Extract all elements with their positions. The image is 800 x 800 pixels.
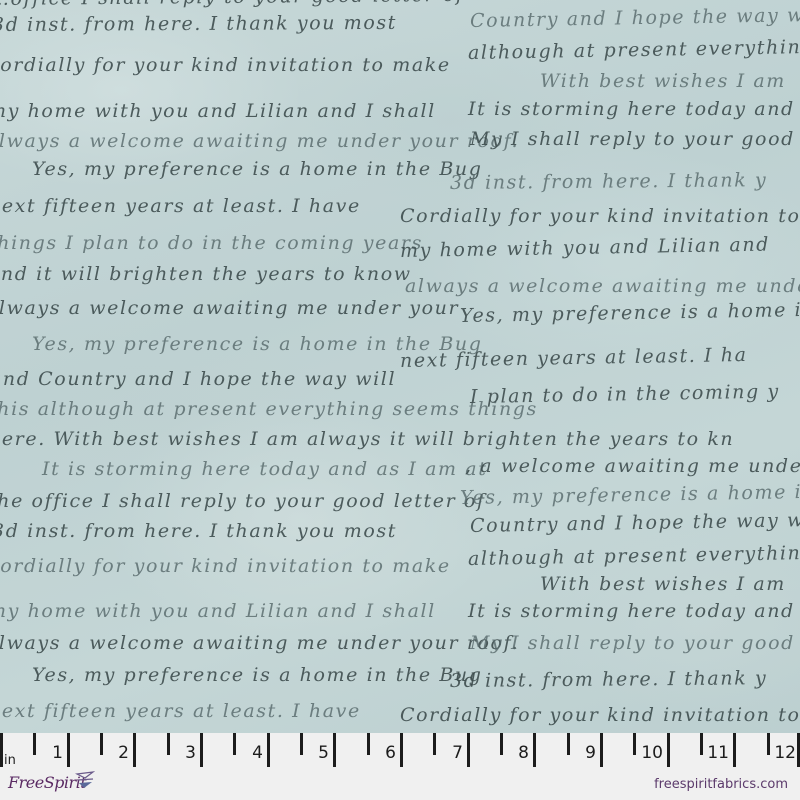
- ruler-number: 3: [168, 743, 196, 763]
- handwritten-line: my home with you and Lilian and I shall: [0, 100, 436, 122]
- handwritten-line: …office I shall reply to your good lette…: [0, 0, 465, 10]
- fabric-swatch-handwritten-letter: …office I shall reply to your good lette…: [0, 0, 800, 733]
- ruler-inch-tick: [200, 733, 203, 767]
- handwritten-line: Country and I hope the way will: [470, 4, 800, 32]
- ruler-inch-tick: [600, 733, 603, 767]
- handwritten-line: 3d inst. from here. I thank y: [450, 169, 767, 194]
- handwritten-line: always a welcome awaiting me under your: [0, 297, 459, 319]
- handwritten-line: 3d inst. from here. I thank y: [450, 667, 767, 692]
- handwritten-line: my home with you and Lilian and I shall: [0, 600, 436, 622]
- ruler-number: 12: [768, 743, 796, 763]
- ruler-inch-tick: [400, 733, 403, 767]
- handwritten-line: My I shall reply to your good: [470, 632, 795, 654]
- handwritten-line: this although at present everything seem…: [0, 398, 538, 420]
- handwritten-line: I plan to do in the coming y: [470, 381, 780, 408]
- ruler-inch-tick: [333, 733, 336, 767]
- handwritten-line: It is storming here today and as: [468, 98, 800, 120]
- ruler-inch-tick: [0, 733, 3, 767]
- handwritten-line: Country and I hope the way w: [470, 509, 800, 537]
- handwritten-line: It is storming here today and as I am at: [42, 458, 487, 480]
- freespirit-logo-mark-icon: [75, 770, 95, 790]
- ruler-number: 9: [568, 743, 596, 763]
- handwritten-line: always a welcome awaiting me under your …: [0, 632, 519, 654]
- ruler-number: 11: [701, 743, 729, 763]
- ruler-number: 4: [235, 743, 263, 763]
- ruler-inch-tick: [733, 733, 736, 767]
- handwritten-line: Yes, my preference is a home in the Bug: [32, 158, 483, 180]
- handwritten-line: Yes, my preference is a home in: [460, 299, 800, 327]
- ruler-number: 6: [368, 743, 396, 763]
- handwritten-line: the office I shall reply to your good le…: [0, 490, 486, 512]
- inch-ruler: in FreeSpirit freespiritfabrics.com 1234…: [0, 733, 800, 800]
- handwritten-line: Cordially for your kind invitation to: [400, 704, 800, 726]
- handwritten-line: next fifteen years at least. I have: [0, 195, 361, 217]
- handwritten-line: My I shall reply to your good: [470, 128, 795, 150]
- ruler-number: 2: [101, 743, 129, 763]
- handwritten-line: , a welcome awaiting me under: [465, 455, 800, 477]
- handwritten-line: although at present everything seems: [468, 35, 800, 64]
- handwritten-line: always a welcome awaiting me under: [405, 275, 800, 297]
- handwritten-line: With best wishes I am: [540, 573, 786, 595]
- handwritten-line: next fifteen years at least. I ha: [400, 344, 748, 372]
- handwritten-line: and Country and I hope the way will: [0, 368, 396, 390]
- ruler-inch-tick: [267, 733, 270, 767]
- website-url: freespiritfabrics.com: [654, 777, 788, 792]
- ruler-number: 5: [301, 743, 329, 763]
- handwritten-line: cordially for your kind invitation to ma…: [0, 54, 451, 76]
- handwritten-line: Yes, my preference is a home in the Bug: [32, 664, 483, 686]
- ruler-number: 10: [635, 743, 663, 763]
- handwritten-line: and it will brighten the years to know: [0, 263, 412, 285]
- ruler-inch-tick: [667, 733, 670, 767]
- handwritten-line: things I plan to do in the coming years: [0, 232, 423, 254]
- handwritten-line: although at present everything see: [468, 541, 800, 570]
- handwritten-line: Cordially for your kind invitation to: [400, 205, 800, 227]
- ruler-inch-tick: [533, 733, 536, 767]
- ruler-inch-tick: [467, 733, 470, 767]
- handwritten-line: It is storming here today and as: [468, 600, 800, 622]
- handwritten-line: 3d inst. from here. I thank you most: [0, 12, 397, 36]
- handwritten-line: next fifteen years at least. I have: [0, 700, 361, 722]
- ruler-inch-tick: [67, 733, 70, 767]
- handwritten-line: my home with you and Lilian and: [400, 234, 770, 262]
- handwritten-line: With best wishes I am: [540, 70, 786, 92]
- handwritten-line: 3d inst. from here. I thank you most: [0, 520, 397, 542]
- ruler-number: 1: [35, 743, 63, 763]
- ruler-number: 8: [501, 743, 529, 763]
- handwritten-line: cordially for your kind invitation to ma…: [0, 555, 451, 577]
- ruler-unit-label: in: [4, 753, 16, 768]
- ruler-number: 7: [435, 743, 463, 763]
- handwritten-line: always a welcome awaiting me under your …: [0, 130, 519, 152]
- handwritten-line: Yes, my preference is a home in: [460, 481, 800, 509]
- ruler-inch-tick: [133, 733, 136, 767]
- handwritten-line: here. With best wishes I am always it wi…: [0, 428, 734, 450]
